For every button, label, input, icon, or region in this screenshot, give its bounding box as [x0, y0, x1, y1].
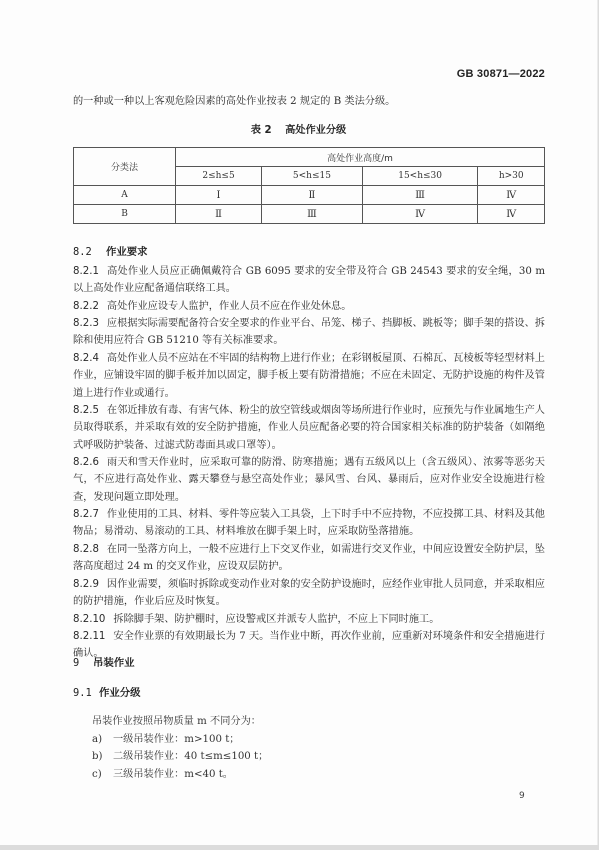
- section-heading-9-1: 9.1作业分级: [73, 684, 141, 699]
- clause-text: 作业使用的工具、材料、零件等应装入工具袋，上下时手中不应持物，不应投掷工具、材料…: [73, 509, 545, 537]
- list-label: b): [92, 751, 113, 762]
- clause-text: 因作业需要，须临时拆除或变动作业对象的安全防护设施时，应经作业审批人员同意，并采…: [73, 579, 545, 607]
- list-item: c)三级吊装作业：m<40 t。: [92, 765, 233, 780]
- clause-number: 8.2.11: [73, 631, 105, 642]
- clause-number: 8.2.8: [73, 544, 99, 555]
- list-text: 二级吊装作业：40 t≤m≤100 t；: [113, 751, 268, 762]
- height-col-header: h>30: [478, 167, 545, 186]
- method-cell: A: [74, 186, 176, 205]
- grade-cell: Ⅲ: [362, 186, 478, 205]
- list-item: a)一级吊装作业：m>100 t；: [92, 730, 239, 745]
- section-heading-9: 9吊装作业: [73, 654, 135, 669]
- clause-8-2-11: 8.2.11安全作业票的有效期最长为 7 天。当作业中断，再次作业前，应重新对环…: [73, 628, 545, 663]
- grade-cell: Ⅳ: [478, 205, 545, 224]
- table-caption: 表 2 高处作业分级: [0, 121, 597, 136]
- section-title: 作业分级: [99, 687, 141, 699]
- list-item: b)二级吊装作业：40 t≤m≤100 t；: [92, 747, 268, 762]
- clause-8-2-4: 8.2.4高处作业人员不应站在不牢固的结构物上进行作业；在彩钢板屋顶、石棉瓦、瓦…: [73, 350, 545, 402]
- section-number: 8.2: [73, 246, 106, 258]
- clause-number: 8.2.3: [73, 318, 99, 329]
- method-header: 分类法: [74, 148, 176, 186]
- section-title: 吊装作业: [93, 657, 135, 669]
- clause-number: 8.2.5: [73, 405, 99, 416]
- clause-text: 高处作业人员应正确佩戴符合 GB 6095 要求的安全带及符合 GB 24543…: [73, 266, 545, 294]
- clause-8-2-2: 8.2.2高处作业应设专人监护，作业人员不应在作业处休息。: [73, 298, 545, 315]
- clause-8-2-10: 8.2.10拆除脚手架、防护棚时，应设警戒区并派专人监护，不应上下同时施工。: [73, 611, 545, 628]
- clause-number: 8.2.4: [73, 353, 99, 364]
- list-label: c): [92, 769, 113, 780]
- clause-number: 8.2.9: [73, 579, 99, 590]
- document-page: GB 30871—2022 的一种或一种以上客观危险因素的高处作业按表 2 规定…: [0, 0, 598, 845]
- clause-number: 8.2.7: [73, 509, 99, 520]
- clause-text: 在同一坠落方向上，一般不应进行上下交叉作业，如需进行交叉作业，中间应设置安全防护…: [73, 544, 545, 572]
- clause-text: 雨天和雪天作业时，应采取可靠的防滑、防寒措施；遇有五级风以上（含五级风）、浓雾等…: [73, 457, 545, 503]
- table-row: B Ⅱ Ⅲ Ⅳ Ⅳ: [74, 205, 545, 224]
- standard-code-header: GB 30871—2022: [457, 68, 545, 80]
- list-text: 三级吊装作业：m<40 t。: [113, 769, 233, 780]
- clause-8-2-5: 8.2.5在邻近排放有毒、有害气体、粉尘的放空管线或烟囱等场所进行作业时，应预先…: [73, 402, 545, 454]
- section-number: 9: [73, 657, 93, 669]
- grade-cell: Ⅱ: [262, 186, 363, 205]
- clause-text: 在邻近排放有毒、有害气体、粉尘的放空管线或烟囱等场所进行作业时，应预先与作业属地…: [73, 405, 545, 451]
- clause-text: 拆除脚手架、防护棚时，应设警戒区并派专人监护，不应上下同时施工。: [113, 614, 439, 625]
- height-col-header: 5<h≤15: [262, 167, 363, 186]
- clause-8-2-8: 8.2.8在同一坠落方向上，一般不应进行上下交叉作业，如需进行交叉作业，中间应设…: [73, 541, 545, 576]
- height-group-header: 高处作业高度/m: [176, 148, 545, 167]
- grade-cell: Ⅱ: [176, 205, 262, 224]
- table-caption-number: 表 2: [251, 125, 272, 136]
- grading-intro: 吊装作业按照吊物质量 m 不同分为：: [92, 712, 261, 727]
- grade-cell: Ⅳ: [362, 205, 478, 224]
- clause-text: 应根据实际需要配备符合安全要求的作业平台、吊笼、梯子、挡脚板、跳板等；脚手架的搭…: [73, 318, 545, 346]
- clause-text: 安全作业票的有效期最长为 7 天。当作业中断，再次作业前，应重新对环境条件和安全…: [73, 631, 545, 659]
- clause-number: 8.2.10: [73, 614, 105, 625]
- lead-paragraph: 的一种或一种以上客观危险因素的高处作业按表 2 规定的 B 类法分级。: [73, 93, 545, 110]
- height-col-header: 15<h≤30: [362, 167, 478, 186]
- clause-number: 8.2.1: [73, 266, 99, 277]
- grade-cell: Ⅳ: [478, 186, 545, 205]
- section-number: 9.1: [73, 687, 99, 699]
- grade-cell: Ⅰ: [176, 186, 262, 205]
- list-text: 一级吊装作业：m>100 t；: [113, 734, 239, 745]
- clause-number: 8.2.6: [73, 457, 99, 468]
- method-cell: B: [74, 205, 176, 224]
- list-label: a): [92, 734, 113, 745]
- height-work-grade-table: 分类法 高处作业高度/m 2≤h≤5 5<h≤15 15<h≤30 h>30 A…: [73, 147, 545, 224]
- clause-number: 8.2.2: [73, 301, 99, 312]
- section-title: 作业要求: [106, 246, 148, 258]
- height-col-header: 2≤h≤5: [176, 167, 262, 186]
- table-caption-title: 高处作业分级: [285, 125, 346, 136]
- clause-text: 高处作业应设专人监护，作业人员不应在作业处休息。: [107, 301, 352, 312]
- page-number: 9: [519, 791, 525, 801]
- clause-text: 高处作业人员不应站在不牢固的结构物上进行作业；在彩钢板屋顶、石棉瓦、瓦棱板等轻型…: [73, 353, 545, 399]
- section-heading-8-2: 8.2作业要求: [73, 243, 148, 258]
- table-row: A Ⅰ Ⅱ Ⅲ Ⅳ: [74, 186, 545, 205]
- clause-8-2-3: 8.2.3应根据实际需要配备符合安全要求的作业平台、吊笼、梯子、挡脚板、跳板等；…: [73, 315, 545, 350]
- clause-8-2-6: 8.2.6雨天和雪天作业时，应采取可靠的防滑、防寒措施；遇有五级风以上（含五级风…: [73, 454, 545, 506]
- clause-8-2-1: 8.2.1高处作业人员应正确佩戴符合 GB 6095 要求的安全带及符合 GB …: [73, 263, 545, 298]
- grade-cell: Ⅲ: [262, 205, 363, 224]
- clause-8-2-7: 8.2.7作业使用的工具、材料、零件等应装入工具袋，上下时手中不应持物，不应投掷…: [73, 506, 545, 541]
- clause-8-2-9: 8.2.9因作业需要，须临时拆除或变动作业对象的安全防护设施时，应经作业审批人员…: [73, 576, 545, 611]
